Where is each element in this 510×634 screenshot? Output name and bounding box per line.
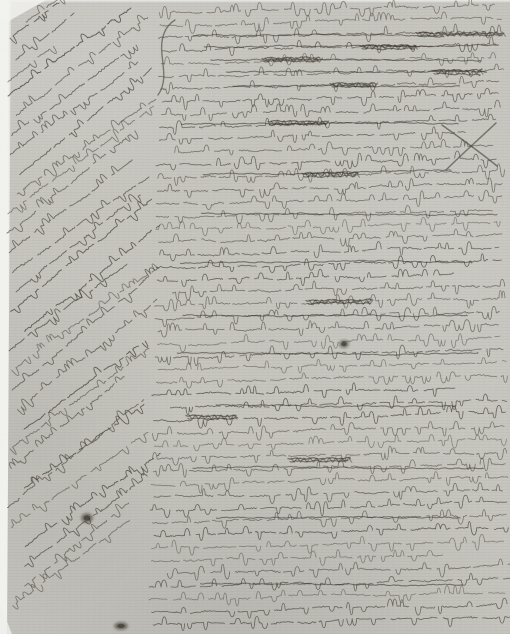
handwriting-ink-layer [0,0,510,634]
ink-blot-core [84,515,91,521]
ink-blot-core [341,342,347,346]
ink-blot-core [117,624,125,628]
manuscript-page [0,0,510,634]
paper-grain-overlay [0,0,510,634]
